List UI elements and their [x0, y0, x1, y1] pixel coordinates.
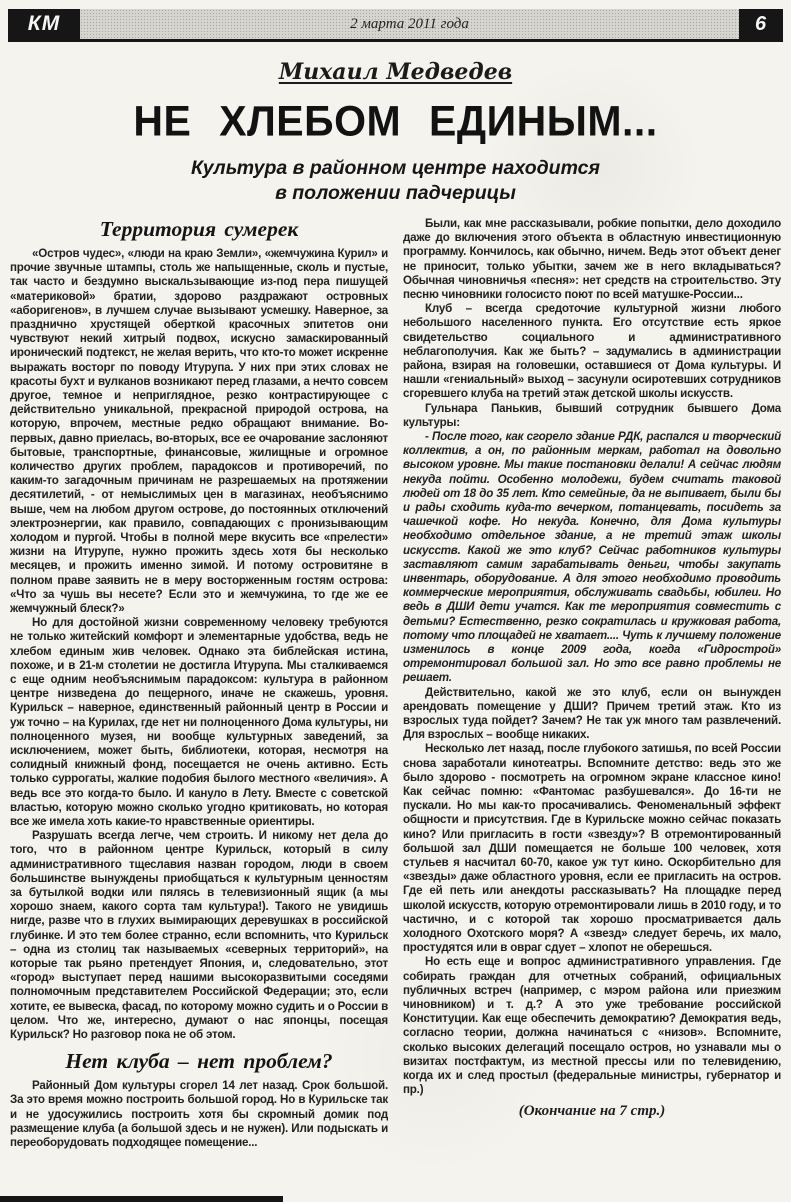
logo-text: КМ — [28, 12, 60, 36]
article-subtitle-line2: в положении падчерицы — [0, 181, 791, 206]
article-body: Территория сумерек «Остров чудес», «люди… — [0, 217, 791, 1150]
page-number-box: 6 — [739, 9, 783, 39]
article-paragraph: Были, как мне рассказывали, робкие попыт… — [403, 217, 781, 302]
article-author: Михаил Медведев — [0, 59, 791, 85]
article-subtitle: Культура в районном центре находится в п… — [0, 156, 791, 206]
newspaper-page: КМ 2 марта 2011 года 6 Михаил Медведев Н… — [0, 0, 791, 1202]
newspaper-logo: КМ — [8, 9, 80, 39]
article-paragraph: Разрушать всегда легче, чем строить. И н… — [10, 829, 388, 1042]
masthead: КМ 2 марта 2011 года 6 — [8, 9, 783, 42]
section-heading-territory: Территория сумерек — [10, 217, 388, 242]
article-paragraph: Районный Дом культуры сгорел 14 лет наза… — [10, 1079, 388, 1150]
article-paragraph: Действительно, какой же это клуб, если о… — [403, 686, 781, 743]
right-column: Были, как мне рассказывали, робкие попыт… — [403, 217, 781, 1120]
article-paragraph: Клуб – всегда средоточие культурной жизн… — [403, 302, 781, 401]
issue-date: 2 марта 2011 года — [350, 16, 469, 33]
interview-quote-paragraph: - После того, как сгорело здание РДК, ра… — [403, 430, 781, 686]
article-paragraph: Но для достойной жизни современному чело… — [10, 616, 388, 829]
section-heading-no-club: Нет клуба – нет проблем? — [10, 1049, 388, 1074]
article-subtitle-line1: Культура в районном центре находится — [0, 156, 791, 181]
page-number: 6 — [755, 13, 767, 36]
bottom-rule-divider — [0, 1196, 283, 1202]
continuation-note: (Окончание на 7 стр.) — [403, 1103, 781, 1120]
masthead-date-bar: 2 марта 2011 года — [80, 9, 739, 39]
article-paragraph: «Остров чудес», «люди на краю Земли», «ж… — [10, 247, 388, 616]
article-author-name: Михаил Медведев — [279, 59, 512, 85]
article-paragraph: Гульнара Панькив, бывший сотрудник бывше… — [403, 402, 781, 430]
article-paragraph: Но есть еще и вопрос административного у… — [403, 955, 781, 1097]
article-paragraph: Несколько лет назад, после глубокого зат… — [403, 742, 781, 955]
left-column: Территория сумерек «Остров чудес», «люди… — [10, 217, 388, 1150]
article-title: НЕ ХЛЕБОМ ЕДИНЫМ... — [0, 97, 791, 146]
